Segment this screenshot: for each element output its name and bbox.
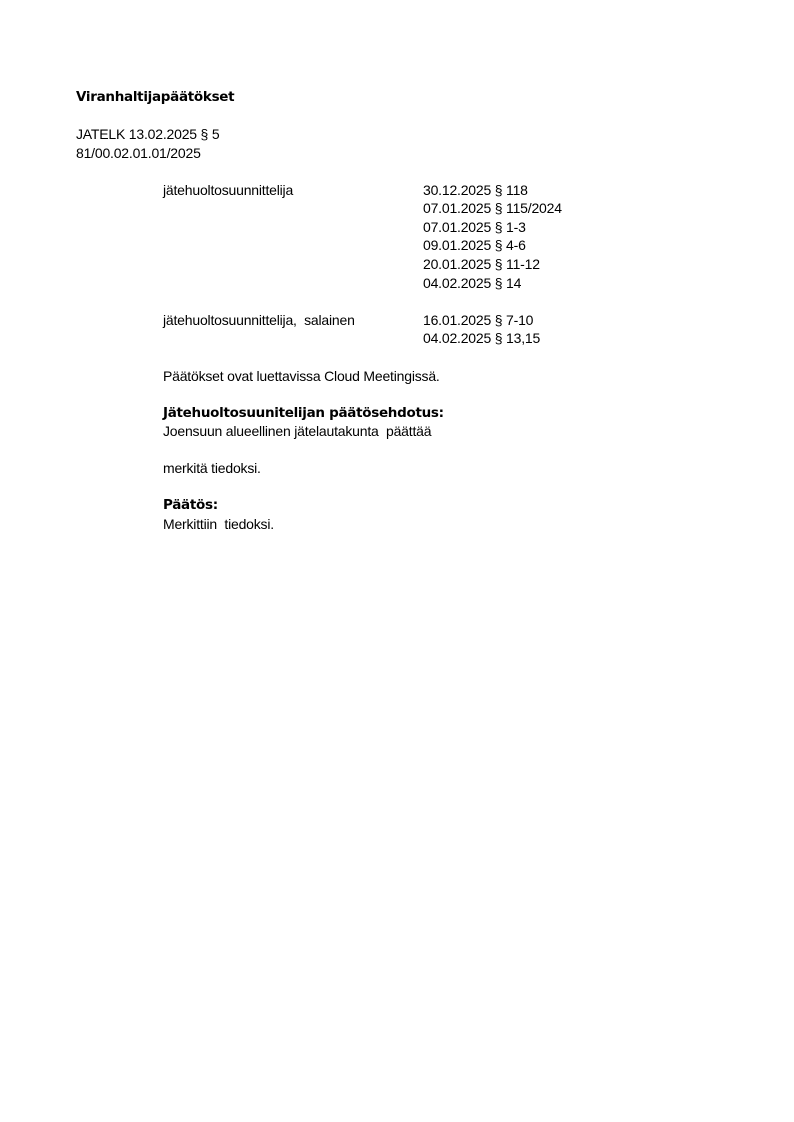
decision-body: Merkittiin tiedoksi. bbox=[163, 515, 274, 533]
decision-entry: 09.01.2025 § 4-6 bbox=[423, 236, 526, 254]
decision-entry: 07.01.2025 § 115/2024 bbox=[423, 199, 562, 217]
decision-heading: Päätös: bbox=[163, 496, 218, 514]
proposal-heading: Jätehuoltosuunitelijan päätösehdotus: bbox=[163, 404, 444, 422]
decision-entry: 16.01.2025 § 7-10 bbox=[423, 311, 533, 329]
decision-entry: 04.02.2025 § 14 bbox=[423, 274, 521, 292]
record-number: 81/00.02.01.01/2025 bbox=[76, 144, 201, 162]
document-title: Viranhaltijapäätökset bbox=[76, 88, 234, 106]
proposal-body: Joensuun alueellinen jätelautakunta päät… bbox=[163, 422, 431, 440]
decision-entry: 07.01.2025 § 1-3 bbox=[423, 218, 526, 236]
proposal-action: merkitä tiedoksi. bbox=[163, 459, 261, 477]
decision-entry: 20.01.2025 § 11-12 bbox=[423, 255, 540, 273]
decision-entry: 30.12.2025 § 118 bbox=[423, 181, 528, 199]
decision-group-role: jätehuoltosuunnittelija bbox=[163, 181, 293, 199]
meeting-reference: JATELK 13.02.2025 § 5 bbox=[76, 125, 219, 143]
decision-entry: 04.02.2025 § 13,15 bbox=[423, 329, 540, 347]
availability-note: Päätökset ovat luettavissa Cloud Meeting… bbox=[163, 367, 440, 385]
decision-group-role: jätehuoltosuunnittelija, salainen bbox=[163, 311, 355, 329]
